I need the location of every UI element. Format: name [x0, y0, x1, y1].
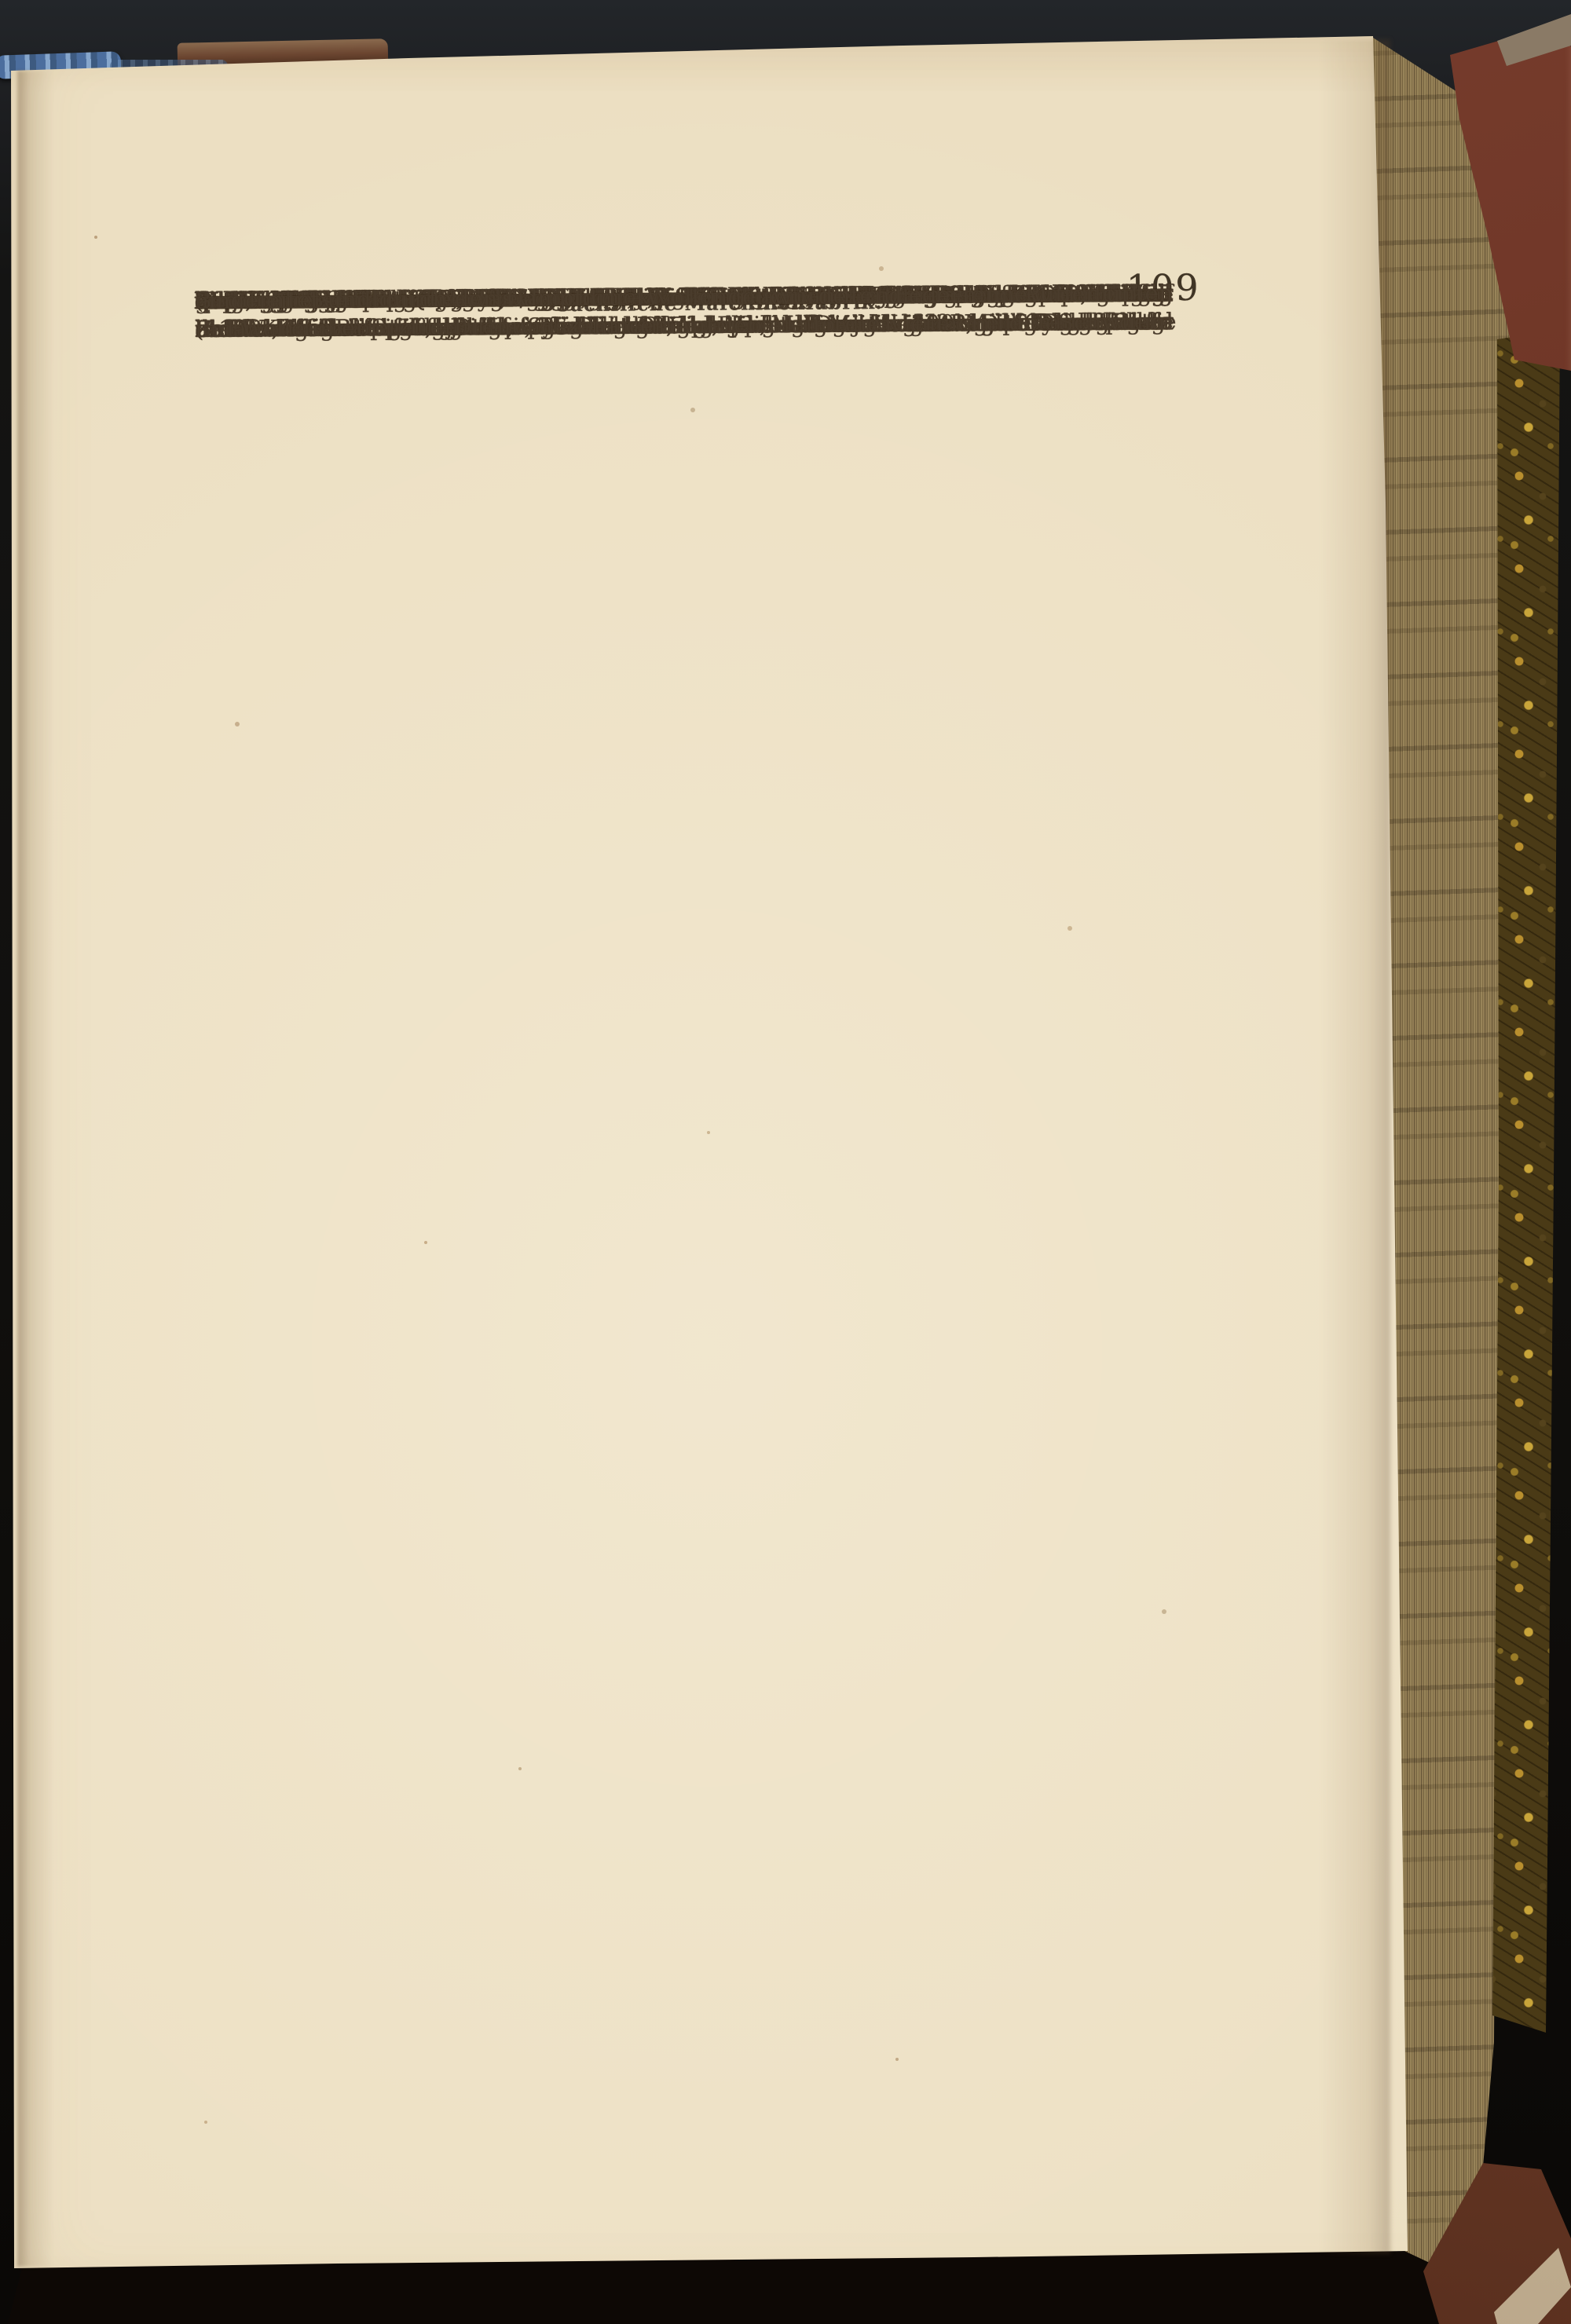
page-right-shadow — [1320, 39, 1390, 2254]
scanned-book-photo: Sächſiſche Maſchinenfabrik. 109 Zapfen w… — [0, 0, 1571, 2324]
page-text-block: Sächſiſche Maſchinenfabrik. 109 Zapfen w… — [195, 279, 1187, 1967]
gutter-shadow — [17, 71, 53, 2267]
paper-speckles — [94, 236, 97, 239]
